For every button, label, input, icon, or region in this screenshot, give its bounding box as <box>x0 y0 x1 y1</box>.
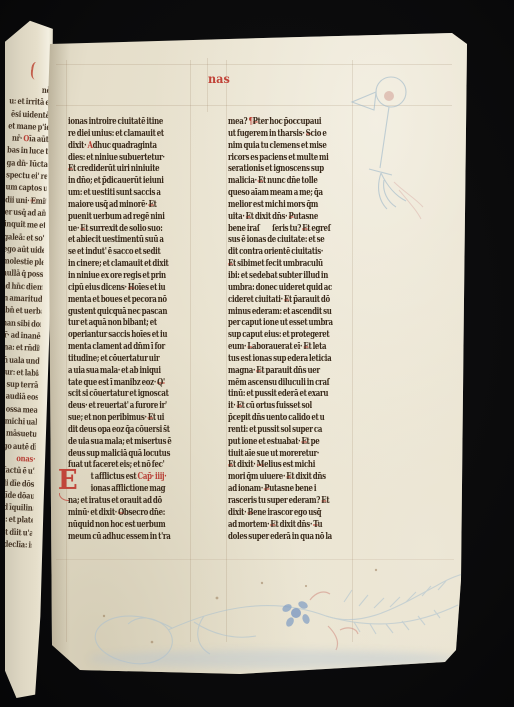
manuscript-text-line: in niniue ex ore regis et prin <box>68 271 197 283</box>
manuscript-text-line: it· Et cū ortus fuisset sol <box>228 401 357 413</box>
body-text: ene irascor ego usq̄ <box>253 508 321 518</box>
body-text: ter hoc p̄occupaui <box>258 117 322 127</box>
body-text: titudine; et cōuertatur uir <box>68 354 159 364</box>
manuscript-text-line: deus sup maliciā quā locutus <box>68 449 197 461</box>
body-text: t parauit dn̄s uer <box>261 366 319 376</box>
body-text: gustent quicquā nec pascan <box>68 307 167 317</box>
body-text: oīes et iu <box>134 283 165 293</box>
body-text: molestie plena <box>2 255 51 267</box>
body-text: in dn̄o; et p̄dicauerūt ieiuni <box>68 176 164 186</box>
manuscript-text-line: de uia sua mala; et misertus ē <box>68 437 197 449</box>
body-text: nn̄ uala unde <box>0 354 44 366</box>
facing-page-red-mark <box>30 61 44 80</box>
body-text: magna· <box>228 366 256 376</box>
body-text: cio e <box>310 129 326 139</box>
body-text: utasne <box>293 212 318 222</box>
body-text: c' ad īquilinā <box>0 501 37 513</box>
body-text: t pe <box>307 437 320 447</box>
body-text: it· <box>228 401 237 411</box>
manuscript-text-line: Et sibimet fecit umbraculū <box>228 259 357 271</box>
body-text: t dixit dn̄s· <box>251 212 289 222</box>
flourish-left-loop <box>95 616 172 664</box>
bottom-flourish <box>95 574 464 664</box>
body-text: in cinere; et clamauit et dixit <box>68 259 168 269</box>
doodle-circle-large <box>376 77 406 107</box>
manuscript-text-line: minū· et dixit· Obsecro dn̄e: <box>68 508 197 520</box>
manuscript-text-line: ad mortem· Et dixit dn̄s· Tu <box>228 520 357 532</box>
body-text: t ui <box>153 413 164 423</box>
body-text: se et indut' ē sacco et sedit <box>68 247 160 257</box>
pink-scribble <box>394 182 423 219</box>
body-text: tiuit aīe sue ut moreretur· <box>228 449 319 459</box>
body-text: t nunc dn̄e tolle <box>263 176 318 186</box>
body-text: in niniue ex ore regis et prin <box>68 271 166 281</box>
body-text: dit deus opa eoz q̄a cōuersi s̄t <box>68 425 170 435</box>
manuscript-text-line: ue· Et surrexit de solio suo: <box>68 224 197 236</box>
manuscript-text-line: tiuit aīe sue ut moreretur· <box>228 449 357 461</box>
body-text: deus sup maliciā quā locutus <box>68 449 170 459</box>
body-text: t crediderūt uiri niniuite <box>73 164 159 174</box>
body-text: sue; et non peribimus· <box>68 413 148 423</box>
body-text: meum cū adhuc essem in t'ra <box>68 532 171 542</box>
manuscript-text-line: tate que est ī manibz eoz· Q' <box>68 378 197 390</box>
body-text: mur: et labia <box>0 366 42 378</box>
manuscript-text-line: Et dixit· Melius est michi <box>228 460 357 472</box>
body-text: menta clament ad dn̄m ī for <box>68 342 165 352</box>
manuscript-text-line: in cinere; et clamauit et dixit <box>68 259 197 271</box>
body-text: malicia· <box>228 176 258 186</box>
body-text: de uia sua mala; et misertus ē <box>68 437 171 447</box>
body-text: nim quia tu clemens et mise <box>228 141 326 151</box>
manuscript-text-line: a uia sua mala· et ab iniqui <box>68 366 197 378</box>
manuscript-text-line: magna· Et parauit dn̄s uer <box>228 366 357 378</box>
manuscript-text-line: gustent quicquā nec pascan <box>68 307 197 319</box>
body-text: ionas introire ciuitatē itine <box>68 117 163 127</box>
manuscript-text-line: fuat ut faceret eis; et nō fec' <box>68 460 197 472</box>
manuscript-text-line: cideret ciuitati· Et p̄arauit dō <box>228 295 357 307</box>
body-text: nullā q̄ possit <box>2 268 49 280</box>
manuscript-text-line: ionas afflictione mag <box>68 484 197 496</box>
manuscript-text-line: ia· et dīit u'a <box>0 525 32 539</box>
body-text: mēm ascensu diluculi in craſ <box>228 378 329 388</box>
body-text: t <box>326 496 329 506</box>
body-text: dixit· <box>68 141 87 151</box>
body-text: nr̄· <box>12 133 24 143</box>
frond-barbs-upper <box>344 581 446 608</box>
body-text: utasne bene i <box>269 484 316 494</box>
manuscript-text-line: mū declīa: ista <box>0 537 32 551</box>
body-text: bene iraſ <box>228 224 260 234</box>
body-text: tinū: et pussit ederā et exaru <box>228 389 328 399</box>
manuscript-text-line: queso aīam meam a me; q̄a <box>228 188 357 200</box>
body-text: er usq̄ ad an̄os <box>4 206 51 218</box>
body-text: ad hn̄c diem ī <box>1 280 47 292</box>
manuscript-text-line: cipū eius dicens· Hoīes et iu <box>68 283 197 295</box>
body-text: umbra: donec uideret quid ac <box>228 283 332 293</box>
body-text: ūt michi ualde <box>0 415 46 427</box>
body-text: q' sup terrā <box>0 378 39 390</box>
ruling-line-top-1 <box>56 64 452 65</box>
ruling-line-col1-left <box>66 60 67 642</box>
body-text: rasceris tu super ederam? <box>228 496 321 506</box>
manuscript-text-line: sus ē ionas de ciuitate: et se <box>228 235 357 247</box>
body-text: ga dn̄· Iūcta <box>6 157 48 169</box>
body-text: ut fugerem in tharsis· <box>228 129 306 139</box>
body-text: ēsi uidentē <box>11 108 50 120</box>
body-text: sup caput eius: et protegeret <box>228 330 329 340</box>
body-text: t <box>154 200 157 210</box>
body-text: bas in luce tā <box>7 145 51 157</box>
manuscript-text-line: et abiecit uestimentū suū a <box>68 235 197 247</box>
body-text: t sibimet fecit umbraculū <box>233 259 323 269</box>
manuscript-text-line: titudine; et cōuertatur uir <box>68 354 197 366</box>
manuscript-text-line: deus· et reuertat' a furore ir' <box>68 401 197 413</box>
red-flourish-accents <box>310 592 358 650</box>
body-text: ad ionam· <box>228 484 264 494</box>
manuscript-text-line: ut fugerem in tharsis· Scio e <box>228 129 357 141</box>
manuscript-text-line: p̄cepit dn̄s uento calido et u <box>228 413 357 425</box>
body-text: mū declīa: ista <box>0 538 42 550</box>
body-text: u <box>318 520 323 530</box>
manuscript-text-line: tinū: et pussit ederā et exaru <box>228 389 357 401</box>
body-text: dixit· <box>228 508 247 518</box>
body-text: nūquid non hoc est uerbum <box>68 520 165 530</box>
red-blot <box>384 91 394 101</box>
body-text: scit si cōuertatur et ignoscat <box>68 389 169 399</box>
manuscript-text-line: sup caput eius: et protegeret <box>228 330 357 342</box>
body-text: ' Ego autē dīo <box>0 440 41 452</box>
rubric-text: onas· <box>16 453 35 464</box>
body-text: dhuc quadraginta <box>93 141 157 151</box>
manuscript-text-line: na; et iratus et orauit ad dō <box>68 496 197 508</box>
body-text: ite māsuetus <box>0 427 41 439</box>
body-text: cideret ciuitati· <box>228 295 284 305</box>
manuscript-text-line: renti: et pussit sol super ca <box>228 425 357 437</box>
facing-page-text-fragments: nēu: et irritā eāēsi uidentēet mane p'ie… <box>0 82 51 570</box>
body-text: tur et aquā non bibant; et <box>68 318 157 328</box>
body-text: t p̄arauit dō <box>289 295 330 305</box>
body-text: dr̄· ad inanē <box>0 329 41 341</box>
manuscript-text-line: mēm ascensu diluculi in craſ <box>228 378 357 390</box>
red-touched-capital: Q' <box>157 378 165 388</box>
body-text: mā īde dōauit <box>0 489 40 501</box>
manuscript-text-line: menta clament ad dn̄m ī for <box>68 342 197 354</box>
body-text: minū· et dixit· <box>68 508 118 518</box>
manuscript-text-line: nim quia tu clemens et mise <box>228 141 357 153</box>
manuscript-text-line: in dn̄o; et p̄dicauerūt ieiuni <box>68 176 197 188</box>
body-text: elius est michi <box>264 460 315 470</box>
manuscript-text-line: doles super ederā in qua nō la <box>228 532 357 544</box>
body-text: na; et iratus et orauit ad dō <box>68 496 162 506</box>
body-text: menta et boues et pecora nō <box>68 295 167 305</box>
body-text: melior est michi mors q̄m <box>228 200 318 210</box>
manuscript-text-line: maiore usq̄ ad minorē· Et <box>68 200 197 212</box>
ruling-line-top-2 <box>56 105 452 106</box>
body-text: t dixit· <box>233 460 257 470</box>
manuscript-text-line: eum· Laborauerat eī· Et leta <box>228 342 357 354</box>
body-text: dies: et niniue subuertetur· <box>68 153 165 163</box>
body-text: t dixit dn̄s <box>291 472 325 482</box>
running-title: nas <box>208 71 230 86</box>
flourish-lower-frond <box>326 605 458 624</box>
frond-barbs-lower <box>354 610 440 634</box>
body-text: gna: et rn̄dit <box>0 341 42 353</box>
body-text: cipū eius dicens· <box>68 283 128 293</box>
body-text: t fili dīe dōs <box>0 477 34 489</box>
body-text: ia· et dīit u'a <box>0 526 34 538</box>
body-text: ad mortem· <box>228 520 270 530</box>
body-text: deus· et reuertat' a furore ir' <box>68 401 167 411</box>
blue-flower <box>281 600 311 628</box>
body-text: fuat ut faceret eis; et nō fec' <box>68 460 164 470</box>
manuscript-text-line: per caput ione ut esset umbra <box>228 318 357 330</box>
manuscript-text-line: dit contra orientē ciuitatis· <box>228 247 357 259</box>
rubric-text: Cap̄· iiij· <box>138 472 167 482</box>
body-text: a uia sua mala· et ab iniqui <box>68 366 161 376</box>
body-text: eum· <box>228 342 247 352</box>
body-text: et abiecit uestimentū suū a <box>68 235 164 245</box>
body-text: tus est ionas sup edera leticia <box>228 354 331 364</box>
manuscript-text-line: ibi: et sedebat subter illud in <box>228 271 357 283</box>
body-text: ut audiā eos <box>0 391 39 403</box>
body-text: doles super ederā in qua nō la <box>228 532 332 542</box>
body-text: inquit me et la <box>4 219 51 231</box>
body-text: gnā: et platea <box>0 513 39 525</box>
body-text: renti: et pussit sol super ca <box>228 425 322 435</box>
manuscript-text-line: menta et boues et pecora nō <box>68 295 197 307</box>
body-text: um captos uīt <box>5 182 51 194</box>
body-text: t leta <box>308 342 326 352</box>
manuscript-text-line: mea? ¶Pter hoc p̄occupaui <box>228 117 357 129</box>
flourish-main-frond <box>168 574 464 630</box>
body-text: t cū ortus fuisset sol <box>242 401 312 411</box>
manuscript-text-line: put ione et estuabat· Et pe <box>228 437 357 449</box>
body-text: t factū ē u'bū <box>0 464 44 476</box>
text-column-right: mea? ¶Pter hoc p̄occupauiut fugerem in t… <box>228 117 393 543</box>
body-text: operiantur saccis hoīes et iu <box>68 330 167 340</box>
manuscript-text-line: dies: et niniue subuertetur· <box>68 153 197 165</box>
text-column-left: ionas introire ciuitatē itinere diei uni… <box>68 117 233 543</box>
body-text: ricors es paciens et multe mi <box>228 153 329 163</box>
manuscript-text-line: scit si cōuertatur et ignoscat <box>68 389 197 401</box>
body-text: mea? <box>228 117 249 127</box>
manuscript-text-line: tus est ionas sup edera leticia <box>228 354 357 366</box>
manuscript-text-line: umbra: donec uideret quid ac <box>228 283 357 295</box>
manuscript-text-line: dixit· Bene irascor ego usq̄ <box>228 508 357 520</box>
body-text: maiore usq̄ ad minorē· <box>68 200 149 210</box>
manuscript-text-line: minus ederam: et ascendit su <box>228 307 357 319</box>
body-text: mori q̄m uiuere· <box>228 472 286 482</box>
manuscript-text-line: serationis et ignoscens sup <box>228 164 357 176</box>
manuscript-text-line: re diei unius: et clamauit et <box>68 129 197 141</box>
body-text: ue· <box>68 224 80 234</box>
body-text: puenit uerbum ad regē nini <box>68 212 165 222</box>
manuscript-text-line: malicia· Et nunc dn̄e tolle <box>228 176 357 188</box>
manuscript-text-line: ricors es paciens et multe mi <box>228 153 357 165</box>
body-text: mitte <box>35 195 50 206</box>
ruling-line-bottom <box>56 559 454 560</box>
body-text: aborauerat eī· <box>252 342 303 352</box>
manuscript-text-line: Et crediderūt uiri niniuite <box>68 164 197 176</box>
manuscript-text-line: ad ionam· Putasne bene i <box>228 484 357 496</box>
body-text: dii uni· <box>5 194 31 205</box>
body-text: per caput ione ut esset umbra <box>228 318 333 328</box>
body-text: u: et irritā eā <box>9 96 51 108</box>
body-text: re diei unius: et clamauit et <box>68 129 164 139</box>
doodle-circle-small <box>352 92 376 110</box>
body-text: ca ossa mea <box>0 403 38 415</box>
photo-background: nēu: et irritā eāēsi uidentēet mane p'ie… <box>0 0 514 707</box>
body-text: minus ederam: et ascendit su <box>228 307 332 317</box>
body-text: man sibi dona <box>0 317 49 329</box>
body-text: et mane p'ie <box>8 120 51 132</box>
blue-wash-bottom-edge <box>89 650 459 668</box>
body-text: ſeris tu? <box>272 224 302 234</box>
body-text: p̄cepit dn̄s uento calido et u <box>228 413 324 423</box>
manuscript-text-line: tur et aquā non bibant; et <box>68 318 197 330</box>
manuscript-text-line: operiantur saccis hoīes et iu <box>68 330 197 342</box>
manuscript-text-line: gnā: et platea <box>0 512 33 526</box>
body-text: serationis et ignoscens sup <box>228 164 324 174</box>
body-text: spectu ei' re <box>6 169 48 181</box>
body-text: t dixit dn̄s· <box>275 520 313 530</box>
manuscript-text-line: t afflictus est Cap̄· iiij· <box>68 472 197 484</box>
manuscript-text-line: uita· Et dixit dn̄s· Putasne <box>228 212 357 224</box>
body-text: in amaritudine <box>1 292 51 304</box>
body-text: ego aūt uidebā <box>3 243 51 255</box>
body-text: tate que est ī manibz eoz· <box>68 378 157 388</box>
body-text: ionas afflictione mag <box>91 484 166 494</box>
body-text: bsecro dn̄e: <box>124 508 165 518</box>
body-text: queso aīam meam a me; q̄a <box>228 188 323 198</box>
manuscript-text-line: mori q̄m uiuere· Et dixit dn̄s <box>228 472 357 484</box>
body-text: put ione et estuabat· <box>228 437 302 447</box>
manuscript-text-line: rasceris tu super ederam? Et <box>228 496 357 508</box>
body-text: dit contra orientē ciuitatis· <box>228 247 323 257</box>
body-text: īa aūt <box>29 133 49 144</box>
body-text: r bn̄ et uerba <box>0 305 45 317</box>
body-text: t egreſ <box>307 224 330 234</box>
manuscript-text-line: bene iraſſeris tu? Et egreſ <box>228 224 357 236</box>
body-text: uita· <box>228 212 246 222</box>
body-text: ibi: et sedebat subter illud in <box>228 271 328 281</box>
body-text: galeā: et so'te <box>3 231 51 243</box>
manuscript-text-line: se et indut' ē sacco et sedit <box>68 247 197 259</box>
body-text: t surrexit de solio suo: <box>85 224 162 234</box>
manuscript-text-line: um: et uestiti sunt saccis a <box>68 188 197 200</box>
body-text: sus ē ionas de ciuitate: et se <box>228 235 324 245</box>
manuscript-text-line: puenit uerbum ad regē nini <box>68 212 197 224</box>
manuscript-page: nas E ionas introire ciuitatē itinere di… <box>44 30 470 682</box>
body-text: t afflictus est <box>91 472 138 482</box>
body-text: um: et uestiti sunt saccis a <box>68 188 161 198</box>
manuscript-text-line: ionas introire ciuitatē itine <box>68 117 197 129</box>
manuscript-text-line: dit deus opa eoz q̄a cōuersi s̄t <box>68 425 197 437</box>
foxing-specks <box>103 569 377 644</box>
manuscript-text-line: sue; et non peribimus· Et ui <box>68 413 197 425</box>
flourish-left-sprays <box>194 616 256 654</box>
manuscript-text-line: melior est michi mors q̄m <box>228 200 357 212</box>
manuscript-text-line: meum cū adhuc essem in t'ra <box>68 532 197 544</box>
manuscript-text-line: nūquid non hoc est uerbum <box>68 520 197 532</box>
manuscript-text-line: dixit· Adhuc quadraginta <box>68 141 197 153</box>
